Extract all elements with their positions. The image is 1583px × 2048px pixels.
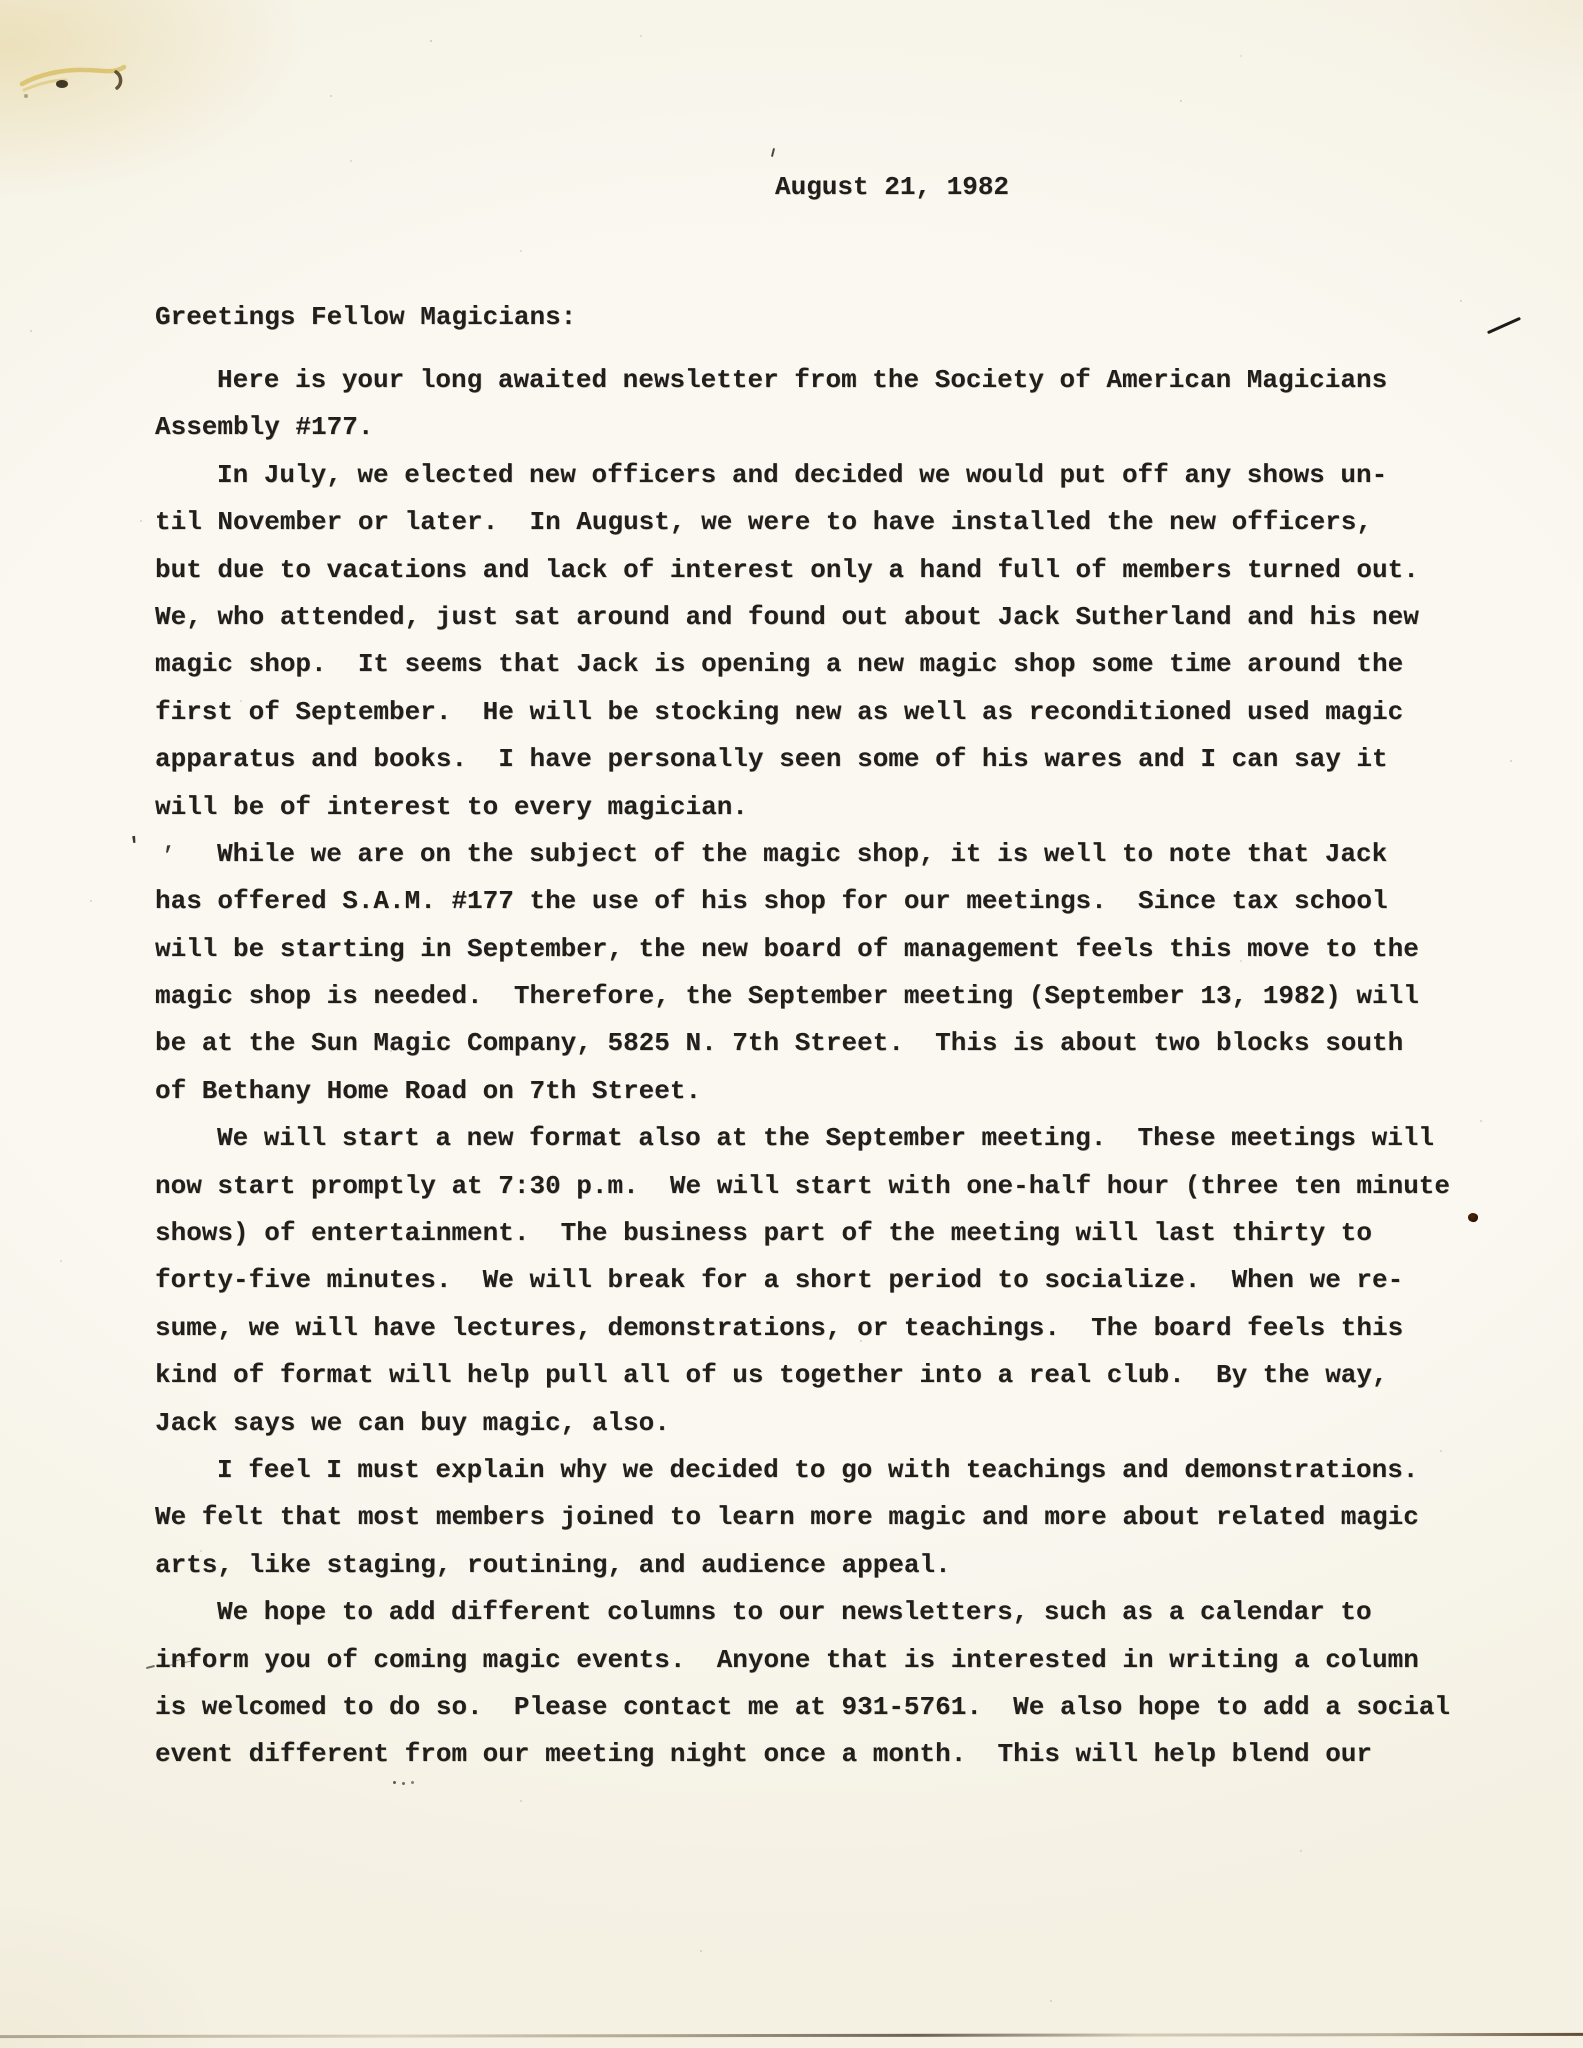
- letter-line: is welcomed to do so. Please contact me …: [155, 1684, 1515, 1731]
- letter-line: will be starting in September, the new b…: [155, 926, 1515, 973]
- letter-page: August 21, 1982 Greetings Fellow Magicia…: [0, 0, 1583, 2048]
- letter-body: Here is your long awaited newsletter fro…: [155, 357, 1515, 1779]
- pencil-squiggle-mark: [18, 52, 138, 102]
- letter-line: apparatus and books. I have personally s…: [155, 736, 1515, 783]
- pencil-dots: [393, 1781, 396, 1784]
- letter-line: of Bethany Home Road on 7th Street.: [155, 1068, 1515, 1115]
- letter-line: magic shop is needed. Therefore, the Sep…: [155, 973, 1515, 1020]
- letter-line: kind of format will help pull all of us …: [155, 1352, 1515, 1399]
- letter-line: now start promptly at 7:30 p.m. We will …: [155, 1163, 1515, 1210]
- pen-check-mark: [1487, 317, 1521, 334]
- letter-line: arts, like staging, routining, and audie…: [155, 1542, 1515, 1589]
- letter-line: magic shop. It seems that Jack is openin…: [155, 641, 1515, 688]
- letter-line: I feel I must explain why we decided to …: [155, 1447, 1515, 1494]
- letter-line: inform you of coming magic events. Anyon…: [155, 1637, 1515, 1684]
- letter-line: We felt that most members joined to lear…: [155, 1494, 1515, 1541]
- letter-line: Jack says we can buy magic, also.: [155, 1400, 1515, 1447]
- letter-line: event different from our meeting night o…: [155, 1731, 1515, 1778]
- letter-line: til November or later. In August, we wer…: [155, 499, 1515, 546]
- paper-fold-line: [0, 2033, 1583, 2038]
- letter-salutation: Greetings Fellow Magicians:: [155, 302, 576, 332]
- stray-scan-tick: [771, 148, 775, 157]
- letter-line: be at the Sun Magic Company, 5825 N. 7th…: [155, 1020, 1515, 1067]
- pencil-smudge-marks: [146, 1665, 155, 1669]
- letter-line: first of September. He will be stocking …: [155, 689, 1515, 736]
- letter-line: but due to vacations and lack of interes…: [155, 547, 1515, 594]
- letter-line: has offered S.A.M. #177 the use of his s…: [155, 878, 1515, 925]
- letter-line: We will start a new format also at the S…: [155, 1115, 1515, 1162]
- letter-line: In July, we elected new officers and dec…: [155, 452, 1515, 499]
- letter-line: While we are on the subject of the magic…: [155, 831, 1515, 878]
- letter-line: forty-five minutes. We will break for a …: [155, 1257, 1515, 1304]
- letter-line: We, who attended, just sat around and fo…: [155, 594, 1515, 641]
- letter-line: We hope to add different columns to our …: [155, 1589, 1515, 1636]
- letter-date: August 21, 1982: [775, 172, 1009, 202]
- letter-line: Assembly #177.: [155, 404, 1515, 451]
- letter-line: will be of interest to every magician.: [155, 784, 1515, 831]
- paper-speckles: [430, 40, 432, 42]
- letter-line: sume, we will have lectures, demonstrati…: [155, 1305, 1515, 1352]
- letter-line: shows) of entertainment. The business pa…: [155, 1210, 1515, 1257]
- letter-line: Here is your long awaited newsletter fro…: [155, 357, 1515, 404]
